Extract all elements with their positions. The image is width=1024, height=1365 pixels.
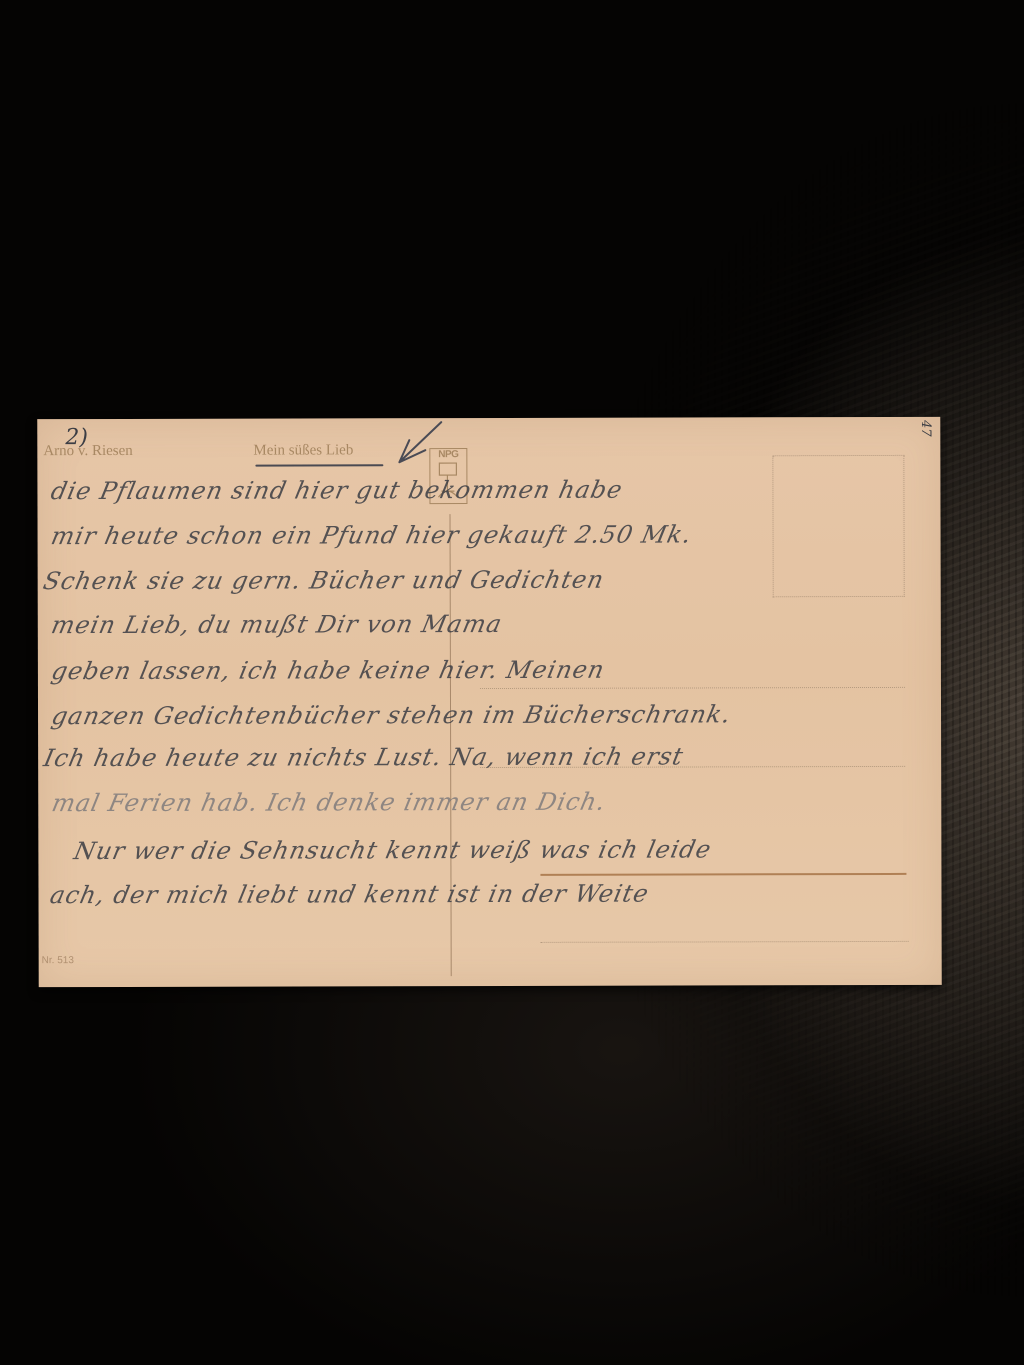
card-serial-number: Nr. 513	[42, 955, 74, 966]
handwriting-line-9: Nur wer die Sehnsucht kennt weiß was ich…	[71, 835, 714, 865]
handwriting-line-6: ganzen Gedichtenbücher stehen im Büchers…	[49, 700, 734, 730]
stamp-box	[772, 455, 904, 597]
handwriting-line-2: mir heute schon ein Pfund hier gekauft 2…	[49, 520, 695, 550]
corner-mark-right: 47	[918, 420, 933, 437]
address-line-4	[541, 941, 909, 943]
title-underline	[255, 464, 383, 466]
artist-name: Arno v. Riesen	[43, 443, 132, 460]
address-line-3	[540, 873, 906, 876]
handwriting-line-7: Ich habe heute zu nichts Lust. Na, wenn …	[41, 742, 686, 772]
postcard: 2) 47 Arno v. Riesen Mein süßes Lieb NPG…	[37, 417, 941, 987]
handwriting-line-3: Schenk sie zu gern. Bücher und Gedichten	[41, 566, 607, 595]
handwriting-line-10: ach, der mich liebt und kennt ist in der…	[48, 880, 652, 910]
handwriting-line-4: mein Lieb, du mußt Dir von Mama	[49, 610, 505, 639]
address-line-1	[480, 687, 905, 689]
handwriting-line-8: mal Ferien hab. Ich denke immer an Dich.	[49, 788, 608, 817]
publisher-logo-text: NPG	[430, 449, 466, 461]
handwriting-line-5: geben lassen, ich habe keine hier. Meine…	[49, 656, 608, 685]
handwriting-line-1: die Pflaumen sind hier gut bekommen habe	[49, 476, 626, 506]
card-title: Mein süßes Lieb	[253, 442, 353, 459]
